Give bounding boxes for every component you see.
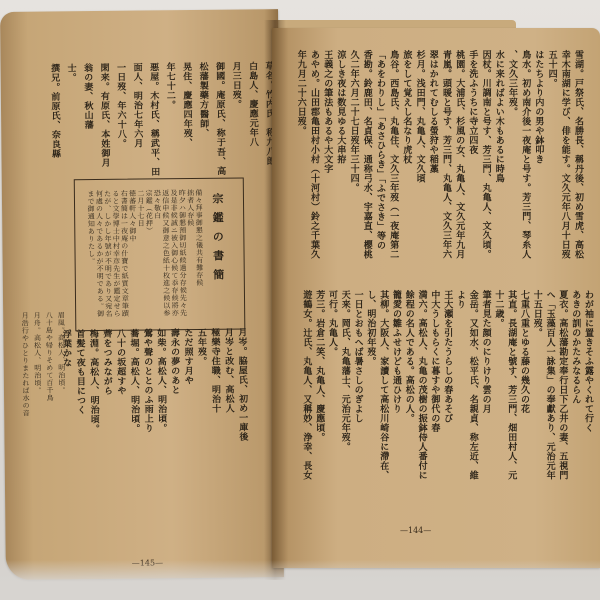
text-column: 鳥水。初め南介後一夜庵と号す。芳三門、琴糸人 bbox=[519, 50, 530, 259]
bottom-shadow bbox=[0, 560, 600, 600]
text-column: 王大瀬を引たうらしの春あそび bbox=[441, 290, 452, 423]
text-column: 水に来ればよい木もあるに時鳥 bbox=[493, 50, 504, 183]
text-column: 白島人、慶應元年八 bbox=[246, 61, 258, 147]
letter-line: 恐々敬白 bbox=[153, 189, 161, 219]
letter-line: 返信申候又御意之色紙十枚進之候以参 bbox=[162, 189, 171, 317]
letter-line: まで御通知ありたし。 bbox=[87, 190, 96, 265]
letter-box-title: 宗鑑の書簡 bbox=[209, 193, 226, 288]
text-column: 可行。丸亀人。 bbox=[326, 290, 337, 357]
text-column: 久二年六月二十七日歿年三十四。 bbox=[348, 50, 359, 193]
text-column: 月三日歿。 bbox=[230, 61, 241, 109]
text-column: 蕎堀。高松人、明治頃。 bbox=[127, 329, 139, 434]
text-column: あやめ。山田郡亀田村小村（十河村）鈴之千葉久 bbox=[308, 50, 319, 259]
letter-line: 宗鑑（花押） bbox=[145, 189, 153, 234]
text-column: 手を洗ふうちに寺立四夜 bbox=[466, 50, 477, 155]
letter-line: 右書簡は一夜庵の什寶で紙質文章筆蹟 bbox=[120, 190, 129, 318]
text-column: 筆者見た顔のにりけり雲の月 bbox=[480, 290, 491, 414]
text-column: 香勘。鈴鹿田、名貞保、通称弓水、宇嘉直、櫻桃 bbox=[361, 50, 372, 259]
text-column: 其直。長湖庵と號す、芳三門、畑田村人、元 bbox=[505, 290, 516, 480]
text-column: 遊鶴女。辻氏、丸亀人、又稱妙、浄幸、長女 bbox=[300, 290, 311, 480]
text-column: 青嵐。頭暖と号す、芳三門、丸亀人、文久三年六 bbox=[440, 50, 451, 259]
text-column: 十五日歿。 bbox=[531, 290, 542, 338]
text-column: わが袖に置きそふ露やくれて行く bbox=[582, 290, 593, 433]
text-column: 面人、明治七年六月 bbox=[131, 63, 143, 149]
text-column: 晃住、慶應四年歿、 bbox=[180, 62, 192, 148]
text-column: 年七十二。 bbox=[164, 62, 175, 110]
text-column: あきの訓のかたみなるらん bbox=[569, 290, 580, 404]
text-column: 月岑。脇屋氏、初め一庫後 bbox=[235, 327, 247, 441]
text-column: 金岳。又如水、松平氏、名親貞、称左近、維 bbox=[467, 290, 478, 480]
letter-line: ると文學博士中村幸彦先生が鑑定せら bbox=[112, 190, 121, 318]
text-column: 雪湖。戸祭氏、名勝長、稱丹後、初め雪虎、高松 bbox=[572, 50, 583, 259]
text-column: より bbox=[454, 290, 465, 309]
text-column: 極樂寺住職、明治十 bbox=[208, 328, 220, 414]
text-column: 鳥谷。西島氏、丸亀住、文久三年歿（一夜庵第二 bbox=[387, 50, 398, 259]
text-column: し、明治初年歿。 bbox=[364, 290, 375, 366]
text-column: 天来。岡氏、丸亀藩士、元治元年歿。 bbox=[339, 290, 350, 452]
letter-line: 拙者人存候 bbox=[187, 189, 195, 227]
left-page: 草名。竹内氏、称九八郎、白島人、慶應元年八月三日歿。御國。庵原氏、称于吾、高松藩… bbox=[0, 9, 284, 580]
letter-line: 何處の人々であるかが不明である。御 bbox=[95, 190, 104, 318]
letter-line: 備々拜事御懇之儀共有難存候 bbox=[195, 189, 204, 287]
text-column: 桃園。大浦氏、杉風の女、丸亀人、文久元年九月 bbox=[453, 50, 464, 259]
letter-line: 及是非候誠ニ被入御心候て忝存候將亦 bbox=[170, 189, 179, 317]
text-column: 幸木南湖に学び、俳を能す。文久元年八月十日歿 bbox=[559, 50, 570, 259]
text-column: 月舟。高松人、明治頃。 bbox=[33, 312, 42, 395]
text-column: 因杖。川調南と号す、芳三門、丸亀人、文久頃。 bbox=[480, 50, 491, 259]
letter-text: 備々拜事御懇之儀共有難存候拙者人存候昨夕ハ御懇預御切紙候過分存候先々先及是非候誠… bbox=[75, 178, 243, 180]
right-page: 雪湖。戸祭氏、名勝長、稱丹後、初め雪虎、高松幸木南湖に学び、俳を能す。文久元年八… bbox=[272, 28, 600, 568]
text-column: 五年歿。 bbox=[195, 328, 206, 366]
text-column: 梅淵。高松人、明治頃。 bbox=[87, 329, 99, 434]
text-column: 松藩製藥方醫師、 bbox=[197, 62, 209, 138]
letter-line: 二月十七日 bbox=[137, 189, 145, 227]
text-column: 五十四。 bbox=[546, 50, 557, 88]
text-column: 籠愛の雛ふせけども通ひけり bbox=[390, 290, 401, 414]
text-column: 首髪て夜も目につく bbox=[73, 329, 85, 415]
text-column: 八十の坂超すや bbox=[114, 329, 126, 396]
text-column: 撰兄。前原氏、奈良縣 bbox=[48, 63, 60, 158]
text-column: 餘程の名人である。高松の人。 bbox=[403, 290, 414, 423]
text-column: へ「玉藻百人一詠集」の奉獻あり、元治元年 bbox=[544, 290, 555, 480]
text-column: 七重八重とゆる藤の幾久の花 bbox=[518, 290, 529, 414]
text-column: 涼しき夜は数見ゆる大串拵 bbox=[334, 50, 345, 164]
text-column: 閑来。有原氏、本姓御月 bbox=[98, 63, 110, 168]
text-column: 王義之の筆法もあるや大文字 bbox=[321, 50, 332, 174]
text-column: 壽永の夢のあと bbox=[168, 328, 180, 395]
text-column: 杉月。浅田門、丸亀人、文久頃 bbox=[414, 50, 425, 183]
page-number-right: —144— bbox=[400, 526, 431, 535]
text-column: 翠はかれてむしる螢狩や稲藁 bbox=[427, 50, 438, 174]
text-column: ただ照す月や bbox=[181, 328, 193, 385]
text-column: 「あをわりし」「あさひらき」「ふでさき」等の bbox=[374, 50, 385, 250]
letter-line: 昨夕ハ御懇預御切紙候過分存候先々先 bbox=[178, 189, 187, 317]
text-column: 一日とおもへば暑さしのぎよし bbox=[352, 290, 363, 423]
text-column: 年九月二十六日歿。 bbox=[295, 50, 306, 136]
text-column: 眉風。高松人、明治頃。 bbox=[57, 311, 66, 394]
text-column: 御國。庵原氏、称于吾、高 bbox=[213, 62, 225, 176]
text-column: 八十島や帰りそめて百千鳥 bbox=[45, 311, 54, 401]
text-column: 月岑と改む、高松人 bbox=[222, 328, 234, 414]
text-column: 鶯や聲のととのふ雨上り bbox=[141, 328, 153, 433]
text-column: 、文久三年歿。 bbox=[506, 50, 517, 117]
text-column: 旅をして覚えし名なり虎杖 bbox=[400, 50, 411, 164]
text-column: 中大うしもらくに暮すや御代の春 bbox=[428, 290, 439, 433]
text-column: 士。 bbox=[65, 63, 76, 82]
text-column: 満六。高松人、丸亀の茂樹の振鉢侍人番付に bbox=[416, 290, 427, 480]
text-column: 一日歿、年六十八。 bbox=[114, 63, 126, 149]
text-column: 月浩行やひとりまたれば水の音 bbox=[21, 312, 30, 417]
text-column: 其柳。大阪人、家讀して高松川崎谷に滯在、 bbox=[377, 290, 388, 480]
text-column: 悪屋。木村氏、稱武平、田 bbox=[147, 62, 159, 176]
text-column: 十二歳。 bbox=[492, 290, 503, 328]
letter-box: 宗鑑の書簡 備々拜事御懇之儀共有難存候拙者人存候昨夕ハ御懇預御切紙候過分存候先々… bbox=[74, 177, 246, 331]
text-column: 夏衣。高松藩勘定奉行日下乙井の妻、五視門 bbox=[556, 290, 567, 480]
text-column: 翁の妻、秋山藩 bbox=[81, 63, 93, 130]
text-column: 如柴。高松人、明治頃。 bbox=[154, 328, 166, 433]
text-column: 薺をつみながら bbox=[100, 329, 112, 396]
letter-line: たが、しかし年號が不明であり又宛名 bbox=[104, 190, 113, 318]
text-column: 芳三。岩倉二笑、丸亀人、慶應頃。 bbox=[313, 290, 324, 442]
text-column: はたちより内の男や鉢叩き bbox=[532, 50, 543, 164]
letter-line: 德蕃軒人々御中 bbox=[128, 190, 137, 243]
